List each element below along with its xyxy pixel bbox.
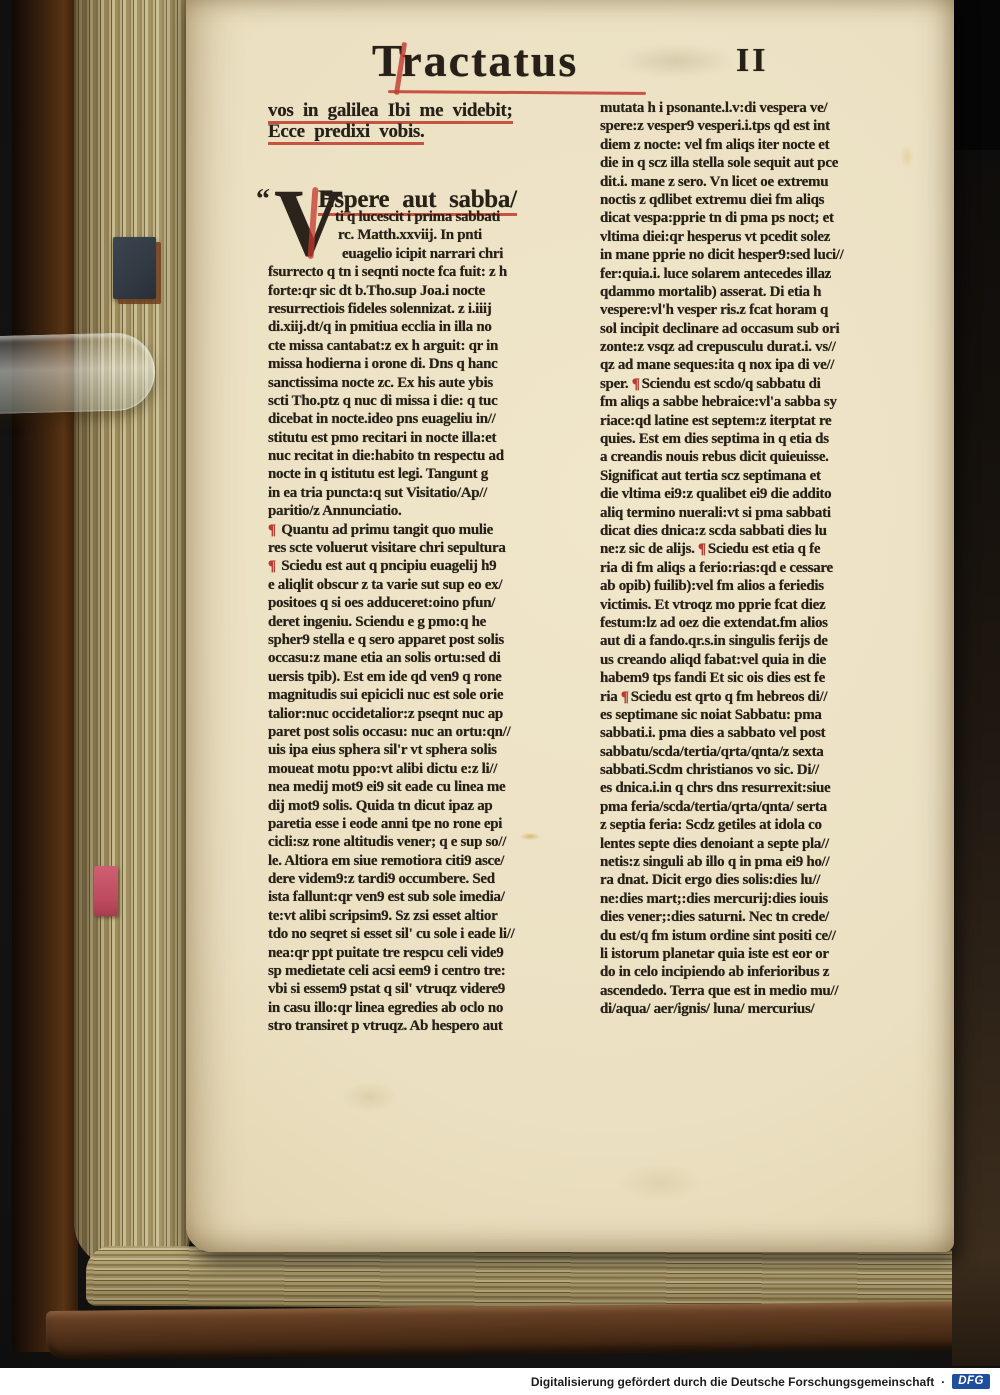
text-line: occasu:z mane etia an solis ortu:sed di	[268, 650, 600, 668]
left-column-text: Espere aut sabba/ti q lucescit i prima s…	[268, 186, 600, 1037]
text-line: dies vener;:dies saturni. Nec tn crede/	[600, 909, 932, 927]
pilcrow-mark: ¶	[698, 541, 706, 557]
page-stack-bottom-edge	[86, 1246, 960, 1311]
text-line: do in celo incipiendo ab inferioribus z	[600, 964, 932, 982]
text-line: qdammo mortalib) asserat. Di etia h	[600, 284, 932, 302]
text-line: in casu illo:qr linea egredies ab oclo n…	[268, 1000, 600, 1018]
text-line: di.xiij.dt/q in pmitiua ecclia in illa n…	[268, 319, 600, 337]
text-line: die in q scz illa stella sole sequit aut…	[600, 155, 932, 173]
pilcrow-mark: ¶	[268, 522, 276, 538]
text-line: resurrectiois fideles solennizat. z i.ii…	[268, 301, 600, 319]
text-line: dij mot9 solis. Quida tn dicut ipaz ap	[268, 798, 600, 816]
text-line: victimis. Et vtroqz mo pprie fcat diez	[600, 597, 932, 615]
page-stack-fore-edge	[74, 0, 190, 1268]
text-line: paritio/z Annunciatio.	[268, 503, 600, 521]
text-line: dicat dies dnica:z scda sabbati dies lu	[600, 523, 932, 541]
text-line: pma feria/scda/tertia/qrta/qnta/ serta	[600, 799, 932, 817]
pilcrow-mark: ¶	[632, 376, 640, 392]
text-line: ista fallunt:qr ven9 est sub sole imedia…	[268, 889, 600, 907]
text-line: te:vt alibi scripsim9. Sz zsi esset alti…	[268, 908, 600, 926]
text-line: ria ¶Sciedu est qrto q fm hebreos di//	[600, 689, 932, 707]
text-line: ra dnat. Dicit ergo dies solis:dies lu//	[600, 872, 932, 890]
left-column-intro: vos in galilea Ibi me videbit;Ecce predi…	[268, 100, 600, 142]
text-line: a creandis nouis rebus dicit quieuisse.	[600, 449, 932, 467]
text-line: riace:qd latine est septem:z iterptat re	[600, 413, 932, 431]
text-line: magnitudis sui epicicli nuc est sole ori…	[268, 687, 600, 705]
book-cover-left-edge	[12, 0, 78, 1352]
text-line: dit.i. mane z sero. Vn licet oe extremu	[600, 174, 932, 192]
initial-flourish: “	[256, 184, 270, 216]
text-line: dicebat in nocte.ideo pns euageliu in//	[268, 411, 600, 429]
text-line: vos in galilea Ibi me videbit;	[268, 100, 600, 121]
text-line: zonte:z vsqz ad crepusculu durat.i. vs//	[600, 339, 932, 357]
text-line: res scte voluerut visitare chri sepultur…	[268, 540, 600, 558]
text-line: ti q lucescit i prima sabbati	[335, 209, 600, 227]
text-line: fm aliqs a sabbe hebraice:vl'a sabba sy	[600, 394, 932, 412]
text-line: die vltima ei9:z qualibet ei9 die addito	[600, 486, 932, 504]
plastic-page-holder	[0, 332, 156, 414]
text-line: ab opib) fuilib):vel fm alios a feriedis	[600, 578, 932, 596]
text-line: du est/q fm istum ordine sint positi ce/…	[600, 928, 932, 946]
text-line: lentes septe dies denoiant a septe pla//	[600, 836, 932, 854]
text-line: vltima diei:qr hesperus vt pcedit solez	[600, 229, 932, 247]
text-line: forte:qr sic dt b.Tho.sup Joa.i nocte	[268, 283, 600, 301]
text-line: ¶ Sciedu est aut q pncipiu euagelij h9	[268, 558, 600, 576]
text-line: in mane pprie no dicit hesper9:sed luci/…	[600, 247, 932, 265]
text-line: aut di a fando.qr.s.in singulis ferijs d…	[600, 633, 932, 651]
folio-number: II	[736, 42, 768, 80]
right-column: mutata h i psonante.l.v:di vespera ve/sp…	[600, 100, 932, 1020]
text-line: habem9 tps fandi Et sic ois dies est fe	[600, 670, 932, 688]
text-line: Significat aut tertia scz septimana et	[600, 468, 932, 486]
text-line: cicli:sz rone altitudis vener; q e sup s…	[268, 834, 600, 852]
text-line: Espere aut sabba/	[318, 186, 600, 209]
text-line: nea medij mot9 ei9 sit eade cu linea me	[268, 779, 600, 797]
text-line: noctis z qdlibet extremu diei fm aliqs	[600, 192, 932, 210]
text-line: sol incipit declinare ad occasum sub ori	[600, 321, 932, 339]
text-line: paretia esse i eode anni tpe no rone epi	[268, 816, 600, 834]
text-line: li istorum planetar quia iste est eor or	[600, 946, 932, 964]
text-line: sanctissima nocte zc. Ex his aute ybis	[268, 375, 600, 393]
text-line: z septia feria: Scdz getiles at idola co	[600, 817, 932, 835]
text-line: fer:quia.i. luce solarem antecedes illaz	[600, 266, 932, 284]
text-line: sp medietate celi acsi eem9 i centro tre…	[268, 963, 600, 981]
text-line: es dnica.i.in q chrs dns resurrexit:siue	[600, 780, 932, 798]
text-line: netis:z singuli ab illo q in pma ei9 ho/…	[600, 854, 932, 872]
drop-cap-initial: V	[274, 182, 346, 266]
text-line: moueat motu ppo:vt alibi dictu e:z li//	[268, 761, 600, 779]
text-line: vespere:vl'h vesper ris.z fcat horam q	[600, 302, 932, 320]
text-line: uersis tpib). Est em ide qd ven9 q rone	[268, 669, 600, 687]
text-line: positoes q si oes adduceret:oino pfun/	[268, 595, 600, 613]
text-line: ¶ Quantu ad primu tangit quo mulie	[268, 522, 600, 540]
text-line: missa hodierna i orone di. Dns q hanc	[268, 356, 600, 374]
text-line: stitutu est pmo recitari in nocte illa:e…	[268, 430, 600, 448]
dfg-logo: DFG	[952, 1374, 990, 1389]
right-column-text: mutata h i psonante.l.v:di vespera ve/sp…	[600, 100, 932, 1020]
text-line: paret post solis occasu: nuc an ortu:qn/…	[268, 724, 600, 742]
text-line: es septimane sic noiat Sabbatu: pma	[600, 707, 932, 725]
bookmark-tab-pink	[94, 866, 118, 916]
credit-separator: ·	[941, 1375, 945, 1389]
text-line: sper. ¶Sciendu est scdo/q sabbatu di	[600, 376, 932, 394]
text-line: ne:dies mart;:dies mercurij:dies iouis	[600, 891, 932, 909]
text-line: euagelio icipit narrari chri	[342, 246, 600, 264]
text-line: di/aqua/ aer/ignis/ luna/ mercurius/	[600, 1001, 932, 1019]
text-line: sabbati.Scdm christianos vo sic. Di//	[600, 762, 932, 780]
text-line: scti Tho.ptz q nuc di missa i die: q tuc	[268, 393, 600, 411]
credit-text: Digitalisierung gefördert durch die Deut…	[531, 1375, 934, 1389]
text-line: spher9 stella e q sero apparet post soli…	[268, 632, 600, 650]
text-line: ascendedo. Terra que est in medio mu//	[600, 983, 932, 1001]
text-line: nuc recitat in die:habito tn respectu ad	[268, 448, 600, 466]
text-line: qz ad mane seques:ita q nox ipa di ve//	[600, 357, 932, 375]
text-line: uis ipa eius sphera sil'r vt sphera soli…	[268, 742, 600, 760]
credit-bar: Digitalisierung gefördert durch die Deut…	[0, 1368, 1000, 1395]
text-line: festum:lz ad oez die extendat.fm alios	[600, 615, 932, 633]
text-line: dere videm9:z tardi9 occumbere. Sed	[268, 871, 600, 889]
pilcrow-mark: ¶	[268, 558, 276, 574]
text-line: dicat vespa:pprie tn di pma ps noct; et	[600, 210, 932, 228]
text-line: nocte in q istitutu est legi. Tangunt g	[268, 466, 600, 484]
text-line: mutata h i psonante.l.v:di vespera ve/	[600, 100, 932, 118]
text-line: deret ingeniu. Sciendu e g pmo:q he	[268, 614, 600, 632]
text-line: rc. Matth.xxviij. In pnti	[338, 227, 600, 245]
book-cover-bottom-edge	[46, 1301, 1000, 1359]
background-right	[952, 0, 1000, 1366]
text-line: ne:z sic de alijs. ¶Sciedu est etia q fe	[600, 541, 932, 559]
text-line: sabbati.i. pma dies a sabbato vel post	[600, 725, 932, 743]
text-line: us creando aliqd fabat:vel quia in die	[600, 652, 932, 670]
book-scan-photo: Tractatus II vos in galilea Ibi me videb…	[0, 0, 1000, 1395]
text-line: diem z nocte: vel fm aliqs iter nocte et	[600, 137, 932, 155]
pilcrow-mark: ¶	[621, 689, 629, 705]
text-line: aliq termino nuerali:vt si pma sabbati	[600, 505, 932, 523]
text-line: quies. Est em dies septima in q etia ds	[600, 431, 932, 449]
text-line: sabbatu/scda/tertia/qrta/qnta/z sexta	[600, 744, 932, 762]
text-line: Ecce predixi vobis.	[268, 121, 600, 142]
text-line: talior:nuc occidetalior:z pseqnt nuc ap	[268, 706, 600, 724]
text-line: cte missa cantabat:z ex h arguit: qr in	[268, 338, 600, 356]
text-line: ria di fm aliqs a ferio:rias:qd e cessar…	[600, 560, 932, 578]
text-line: e aliqlit obscur z ta varie sut sup eo e…	[268, 577, 600, 595]
text-line: spere:z vesper9 vesperi.i.tps qd est int	[600, 118, 932, 136]
text-line: stro transiret p vtruqz. Ab hespero aut	[268, 1018, 600, 1036]
show-through-smudge	[596, 38, 756, 84]
text-line: nea:qr ppt puitate tre respcu celi vide9	[268, 945, 600, 963]
text-line: vbi si essem9 pstat q sil' vtruqz videre…	[268, 981, 600, 999]
text-line: in ea tria puncta:q sut Visitatio/Ap//	[268, 485, 600, 503]
text-line: tdo no seqret si esset sil' cu sole i ea…	[268, 926, 600, 944]
drop-cap-letter: V	[274, 169, 343, 276]
text-line: le. Altiora em siue remotiora citi9 asce…	[268, 853, 600, 871]
bookmark-tab-dark	[113, 237, 156, 299]
